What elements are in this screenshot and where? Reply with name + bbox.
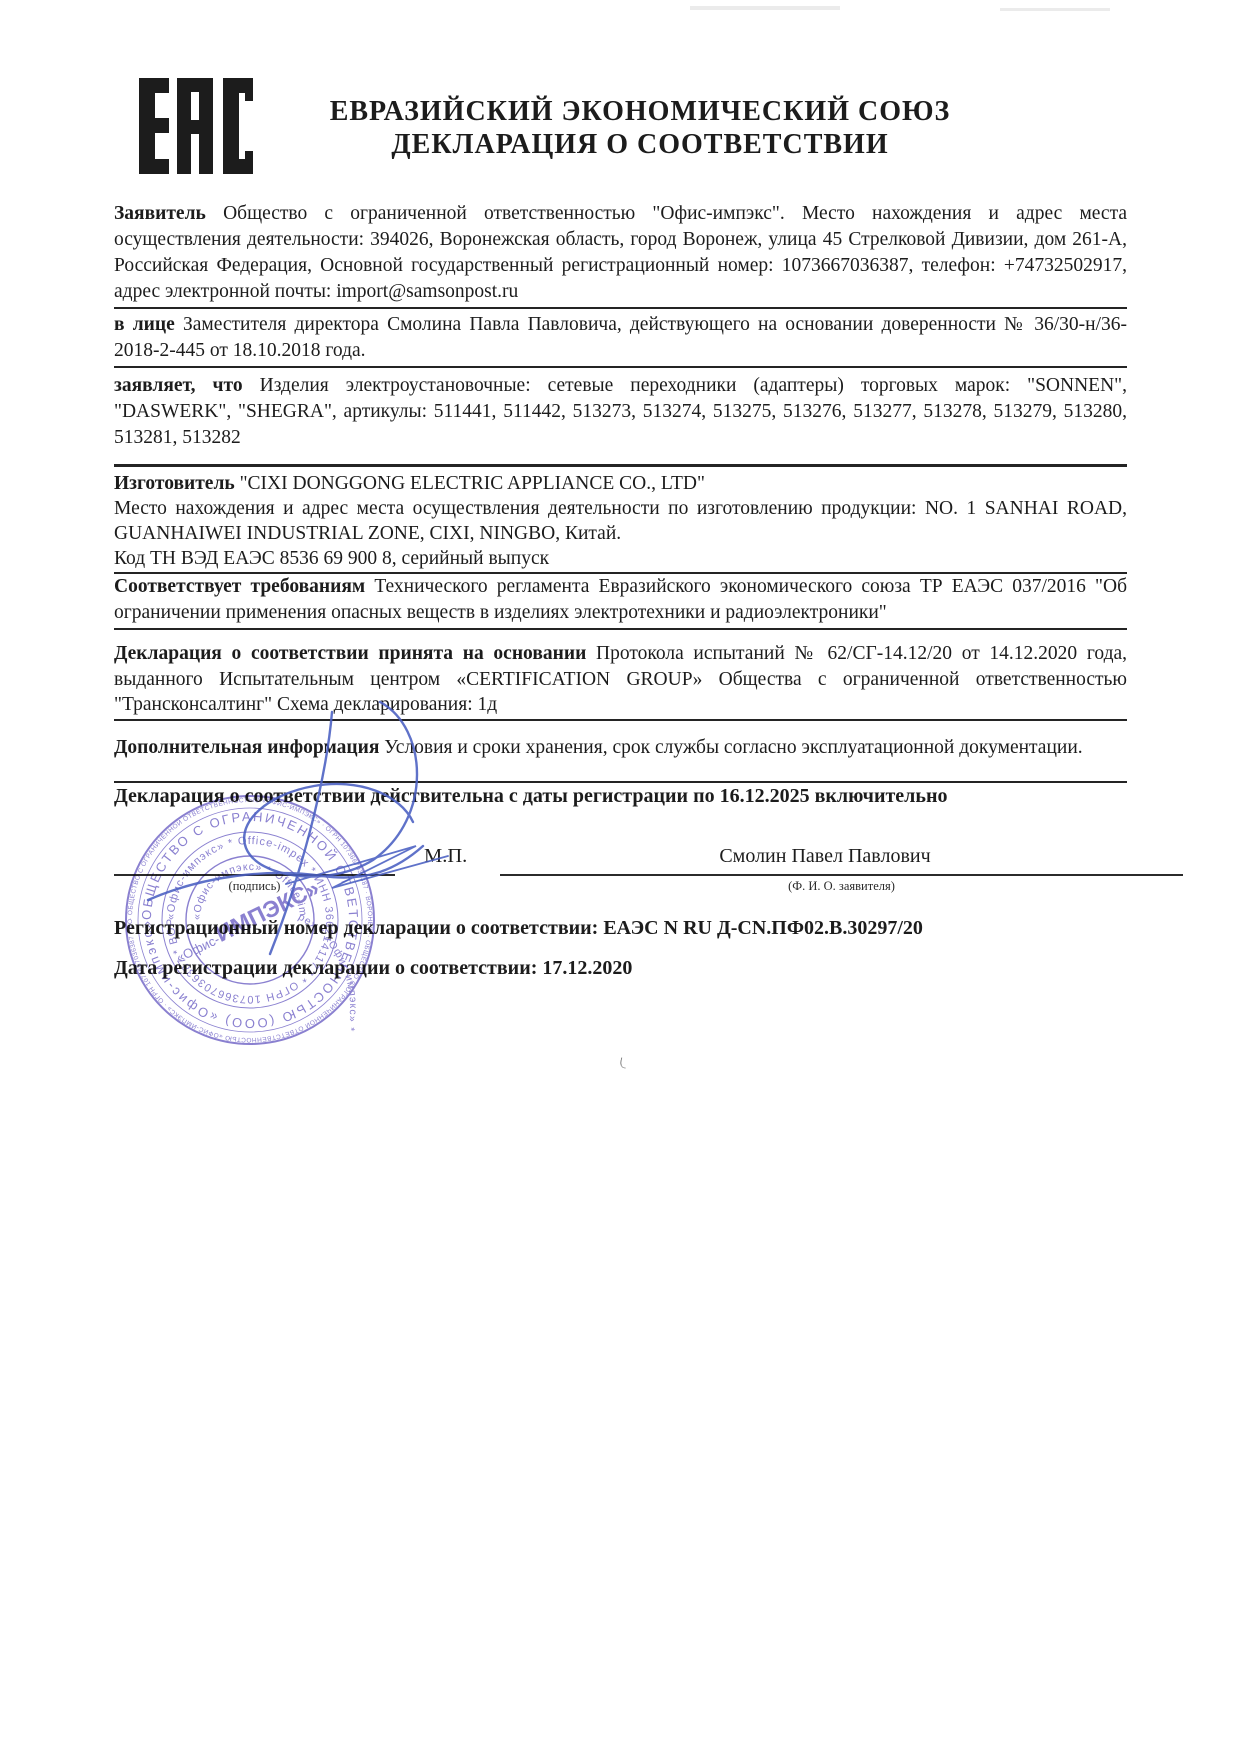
compliance-label: Соответствует требованиям — [114, 576, 365, 597]
eac-mark-logo — [139, 78, 253, 174]
title-union-line: ЕВРАЗИЙСКИЙ ЭКОНОМИЧЕСКИЙ СОЮЗ — [240, 95, 1040, 128]
in-person-paragraph: в лице Заместителя директора Смолина Пав… — [114, 312, 1127, 364]
applicant-paragraph: Заявитель Общество с ограниченной ответс… — [114, 201, 1127, 305]
manufacturer-address: Место нахождения и адрес места осуществл… — [114, 496, 1127, 546]
scan-artifact — [690, 6, 840, 10]
document-title: ЕВРАЗИЙСКИЙ ЭКОНОМИЧЕСКИЙ СОЮЗ ДЕКЛАРАЦИ… — [240, 95, 1040, 161]
applicant-text: Общество с ограниченной ответственностью… — [114, 203, 1127, 302]
manufacturer-name: "CIXI DONGGONG ELECTRIC APPLIANCE CO., L… — [240, 473, 705, 494]
divider — [114, 628, 1127, 630]
declares-paragraph: заявляет, что Изделия электроустановочны… — [114, 373, 1127, 451]
registration-number-value: ЕАЭС N RU Д-CN.ПФ02.В.30297/20 — [603, 917, 923, 939]
manufacturer-code-line: Код ТН ВЭД ЕАЭС 8536 69 900 8, серийный … — [114, 546, 1127, 571]
declares-text: Изделия электроустановочные: сетевые пер… — [114, 375, 1127, 448]
divider — [114, 366, 1127, 368]
title-declaration-line: ДЕКЛАРАЦИЯ О СООТВЕТСТВИИ — [240, 128, 1040, 161]
in-person-label: в лице — [114, 314, 175, 335]
divider — [114, 464, 1127, 467]
divider — [114, 307, 1127, 309]
scan-artifact — [1000, 8, 1110, 11]
in-person-text: Заместителя директора Смолина Павла Павл… — [114, 314, 1127, 361]
manufacturer-paragraph: Изготовитель "CIXI DONGGONG ELECTRIC APP… — [114, 471, 1127, 571]
compliance-paragraph: Соответствует требованиям Технического р… — [114, 574, 1127, 626]
eac-mark-icon — [139, 78, 253, 174]
applicant-label: Заявитель — [114, 203, 206, 224]
additional-info-text: Условия и сроки хранения, срок службы со… — [384, 737, 1082, 758]
stray-mark — [619, 1057, 628, 1068]
manufacturer-label: Изготовитель — [114, 473, 235, 494]
declaration-document: ЕВРАЗИЙСКИЙ ЭКОНОМИЧЕСКИЙ СОЮЗ ДЕКЛАРАЦИ… — [0, 0, 1240, 1754]
basis-label: Декларация о соответствии принята на осн… — [114, 643, 586, 664]
signatory-name-line — [500, 874, 1183, 876]
signatory-name: Смолин Павел Павлович — [480, 845, 1170, 868]
signatory-name-caption: (Ф. И. О. заявителя) — [500, 879, 1183, 894]
handwritten-signature — [118, 688, 488, 978]
registration-date-value: 17.12.2020 — [542, 957, 632, 979]
manufacturer-name-line: Изготовитель "CIXI DONGGONG ELECTRIC APP… — [114, 471, 1127, 496]
declares-label: заявляет, что — [114, 375, 243, 396]
